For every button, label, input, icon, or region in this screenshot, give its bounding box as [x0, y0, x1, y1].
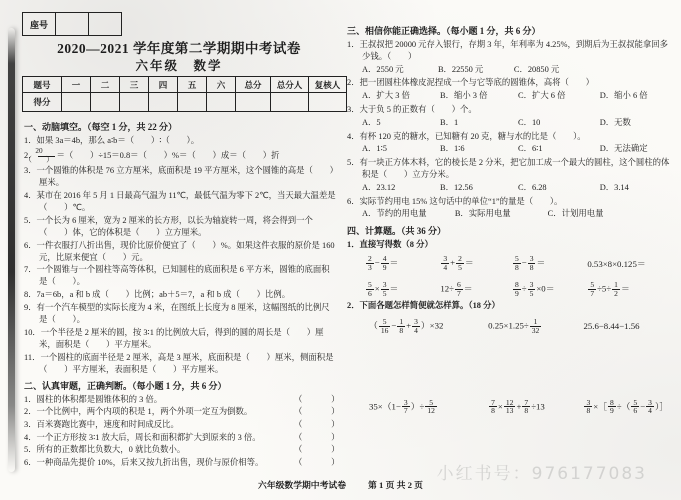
judge-item-4: 4．一个正方形按 3∶1 放大后，周长和面积都扩大到原来的 3 倍。 （ ）	[24, 432, 338, 445]
choice-options-3: A．5 B．1 C．10 D．无数	[347, 117, 674, 130]
option-a: A．节约的用电量	[362, 208, 455, 221]
judge-item-5: 5．所有的正数都比负数大，0 就比负数小。 （ ）	[24, 444, 338, 457]
choice-options-5: A．23.12 B．12.56 C．6.28 D．3.14	[347, 182, 674, 195]
calc-expression: 12÷67＝	[440, 281, 512, 298]
option-c: C．6∶1	[518, 143, 600, 156]
fill-question-9: 9．有一个汽车模型的实际长度为 4 米，在图纸上长度为 8 厘米，这幅图纸的比例…	[24, 302, 338, 326]
calc-expression: （516−18+34）×32	[369, 318, 488, 335]
score-header-cell: 五	[178, 77, 207, 93]
calc-expression: 58−38＝	[512, 255, 587, 272]
calc-expression: 25.6−8.44−1.56	[583, 321, 674, 331]
calc-expression: 56×35＝	[365, 281, 440, 298]
calc-part1-title: 1．直接写得数（8 分）	[347, 239, 674, 251]
binding-shadow	[8, 28, 15, 472]
seat-number-cell	[56, 13, 89, 36]
option-d: D．无数	[600, 117, 674, 130]
judge-answer-blank: （ ）	[294, 432, 338, 445]
option-a: A．扩大 3 倍	[362, 90, 440, 103]
fill-question-5: 5．一个长为 6 厘米，宽为 2 厘米的长方形，以长为轴旋转一周，将会得到一个（…	[24, 215, 338, 239]
calc-expression: 23−49＝	[365, 255, 440, 272]
choice-options-6: A．节约的用电量 B．实际用电量 C．计划用电量	[347, 208, 650, 221]
fill-question-6: 6．一件衣服打八折出售，现价比原价便宜了（ ）%。如果这件衣服的原价是 160 …	[24, 240, 338, 264]
section-1-heading: 一、动脑填空。（每空 1 分，共 22 分）	[24, 120, 338, 133]
judge-text: 2．一个比例中，两个内项的积是 1，两个外项一定互为倒数。	[24, 406, 294, 419]
score-header-cell: 三	[120, 77, 149, 93]
calc-expression: 78×1213+78÷13	[488, 399, 583, 416]
calc-expression: 89÷35×0＝	[512, 281, 587, 298]
choice-options-2: A．扩大 3 倍 B．缩小 3 倍 C．扩大 6 倍 D．缩小 6 倍	[347, 90, 674, 103]
choice-question-5: 5．有一块正方体木料，它的棱长是 2 分米，把它加工成一个最大的圆柱，这个圆柱的…	[347, 157, 674, 181]
calc-expression: 0.25×1.25÷132	[488, 318, 583, 335]
score-table: 题号 一 二 三 四 五 六 总分 总分人 复核人 得分	[22, 76, 347, 112]
judge-text: 3．百米赛跑比赛中，速度和时间成反比。	[24, 419, 294, 432]
calc-expression: 57÷5÷12＝	[587, 281, 674, 298]
option-b: B．1	[440, 117, 518, 130]
option-d: D．无法确定	[600, 143, 674, 156]
choice-question-1: 1．王叔叔把 20000 元存入银行，存期 3 年，年利率为 4.25%，到期后…	[347, 39, 674, 63]
fill-question-11: 11．一个圆柱的底面半径是 2 厘米，高是 3 厘米，底面积是（ ）厘米，侧面积…	[24, 352, 338, 376]
exam-subtitle: 六年级 数学	[20, 56, 338, 74]
choice-options-4: A．1∶5 B．1∶6 C．6∶1 D．无法确定	[347, 143, 674, 156]
score-cell	[120, 93, 149, 112]
section-2-heading: 二、认真审题，正确判断。（每小题 1 分，共 6 分）	[24, 379, 338, 392]
calc-part2-title: 2．下面各题怎样简便就怎样算。（18 分）	[347, 300, 674, 312]
seat-number-label: 座号	[23, 13, 56, 36]
option-b: B．22550 元	[438, 64, 514, 77]
score-cell	[207, 93, 236, 112]
score-header-cell: 复核人	[309, 77, 347, 93]
score-header-cell: 二	[91, 77, 120, 93]
left-column: 一、动脑填空。（每空 1 分，共 22 分） 1．如果 3a＝4b，那么 a∶b…	[24, 117, 338, 469]
judge-answer-blank: （ ）	[294, 457, 338, 470]
score-cell	[236, 93, 271, 112]
option-c: C．20850 元	[514, 64, 598, 77]
option-b: B．缩小 3 倍	[440, 90, 518, 103]
calc-expression: 34+25＝	[440, 255, 512, 272]
judge-text: 4．一个正方形按 3∶1 放大后，周长和面积都扩大到原来的 3 倍。	[24, 432, 294, 445]
score-row-label: 得分	[23, 93, 62, 112]
option-d: D．3.14	[600, 182, 674, 195]
judge-answer-blank: （ ）	[294, 444, 338, 457]
fill-question-3: 3．一个圆锥的体积是 76 立方厘米，底面积是 19 平方厘米，这个圆锥的高是（…	[24, 165, 338, 189]
right-column: 三、相信你能正确选择。（每小题 1 分，共 6 分） 1．王叔叔把 20000 …	[347, 21, 674, 415]
score-header-cell: 总分人	[271, 77, 309, 93]
calc-expression: 38×［89÷（56−34）］	[583, 399, 674, 416]
option-d: D．缩小 6 倍	[600, 90, 674, 103]
judge-text: 6．一种商品先提价 10%，后来又按九折出售，现价与原价相等。	[24, 457, 294, 470]
judge-answer-blank: （ ）	[294, 394, 338, 407]
option-a: A．2550 元	[362, 64, 438, 77]
option-c: C．计划用电量	[548, 208, 650, 221]
section-3-heading: 三、相信你能正确选择。（每小题 1 分，共 6 分）	[347, 24, 674, 37]
judge-item-6: 6．一种商品先提价 10%，后来又按九折出售，现价与原价相等。 （ ）	[24, 457, 338, 470]
score-cell	[271, 93, 309, 112]
judge-text: 5．所有的正数都比负数大，0 就比负数小。	[24, 444, 294, 457]
fill-question-10: 10．一个半径是 2 厘米的圆，按 3∶1 的比例放大后，得到的圆的周长是（ ）…	[24, 327, 338, 351]
option-c: C．10	[518, 117, 600, 130]
choice-question-2: 2．把一团圆柱体橡皮泥捏成一个与它等底的圆锥体，高将（ ）	[347, 77, 674, 89]
score-cell	[91, 93, 120, 112]
calc-simplify-row-1: （516−18+34）×32 0.25×1.25÷132 25.6−8.44−1…	[347, 318, 674, 335]
footer-exam-name: 六年级数学期中考试卷	[258, 480, 346, 490]
fill-question-8: 8．7a＝6b，a 和 b 成（ ）比例；ab＋5＝7，a 和 b 成（ ）比例…	[24, 289, 338, 301]
score-table-score-row: 得分	[23, 93, 347, 112]
option-b: B．12.56	[440, 182, 518, 195]
judge-item-3: 3．百米赛跑比赛中，速度和时间成反比。 （ ）	[24, 419, 338, 432]
choice-question-6: 6．实际节约用电 15% 这句话中的单位“1”的量是（ ）。	[347, 196, 674, 208]
calc-expression: 0.53×8×0.125＝	[587, 257, 674, 270]
judge-answer-blank: （ ）	[294, 419, 338, 432]
judge-answer-blank: （ ）	[294, 406, 338, 419]
score-header-cell: 总分	[236, 77, 271, 93]
score-header-cell: 六	[207, 77, 236, 93]
seat-number-box: 座号	[22, 12, 122, 36]
judge-text: 1．圆柱的体积都是圆锥体积的 3 倍。	[24, 394, 294, 407]
score-cell	[62, 93, 91, 112]
option-c: C．6.28	[518, 182, 600, 195]
judge-item-2: 2．一个比例中，两个内项的积是 1，两个外项一定互为倒数。 （ ）	[24, 406, 338, 419]
fill-question-4: 4．某市在 2016 年 5 月 1 日最高气温为 11℃，最低气温为零下 2℃…	[24, 190, 338, 214]
score-table-header-row: 题号 一 二 三 四 五 六 总分 总分人 复核人	[23, 77, 347, 93]
exam-title: 2020—2021 学年度第二学期期中考试卷	[20, 37, 338, 57]
choice-question-3: 3．大于负 5 的正数有（ ）个。	[347, 104, 674, 116]
footer-page-number: 第 1 页 共 2 页	[368, 480, 423, 490]
score-cell	[178, 93, 207, 112]
score-cell	[309, 93, 347, 112]
calc-mental-grid: 23−49＝ 34+25＝ 58−38＝ 0.53×8×0.125＝ 56×35…	[347, 255, 674, 298]
calc-simplify-row-2: 35×（1−37）÷512 78×1213+78÷13 38×［89÷（56−3…	[347, 399, 674, 416]
score-header-cell: 一	[62, 77, 91, 93]
fill-question-2: 2．20（ ）＝（ ）÷15＝0.8＝（ ）%＝（ ）成＝（ ）折	[24, 148, 338, 164]
option-a: A．5	[362, 117, 440, 130]
fill-question-1: 1．如果 3a＝4b，那么 a∶b＝（ ）∶（ ）。	[24, 135, 338, 147]
exam-paper-page: 座号 2020—2021 学年度第二学期期中考试卷 六年级 数学 题号 一 二 …	[0, 0, 681, 500]
section-4-heading: 四、计算题。（共 36 分）	[347, 224, 674, 237]
option-b: B．实际用电量	[455, 208, 548, 221]
score-header-cell: 题号	[23, 77, 62, 93]
watermark: 小红书号：976177083	[437, 459, 647, 484]
seat-number-cell	[89, 13, 122, 36]
choice-options-1: A．2550 元 B．22550 元 C．20850 元	[347, 64, 597, 77]
option-b: B．1∶6	[440, 143, 518, 156]
option-a: A．1∶5	[362, 143, 440, 156]
fill-question-7: 7．一个圆锥与一个圆柱等高等体积，已知圆柱的底面积是 6 平方米，圆锥的底面积是…	[24, 264, 338, 288]
choice-question-4: 4．有杯 120 克的糖水，已知糖有 20 克，糖与水的比是（ ）。	[347, 131, 674, 143]
option-a: A．23.12	[362, 182, 440, 195]
score-header-cell: 四	[149, 77, 178, 93]
calc-expression: 35×（1−37）÷512	[369, 399, 488, 416]
score-cell	[149, 93, 178, 112]
option-c: C．扩大 6 倍	[518, 90, 600, 103]
judge-item-1: 1．圆柱的体积都是圆锥体积的 3 倍。 （ ）	[24, 394, 338, 407]
